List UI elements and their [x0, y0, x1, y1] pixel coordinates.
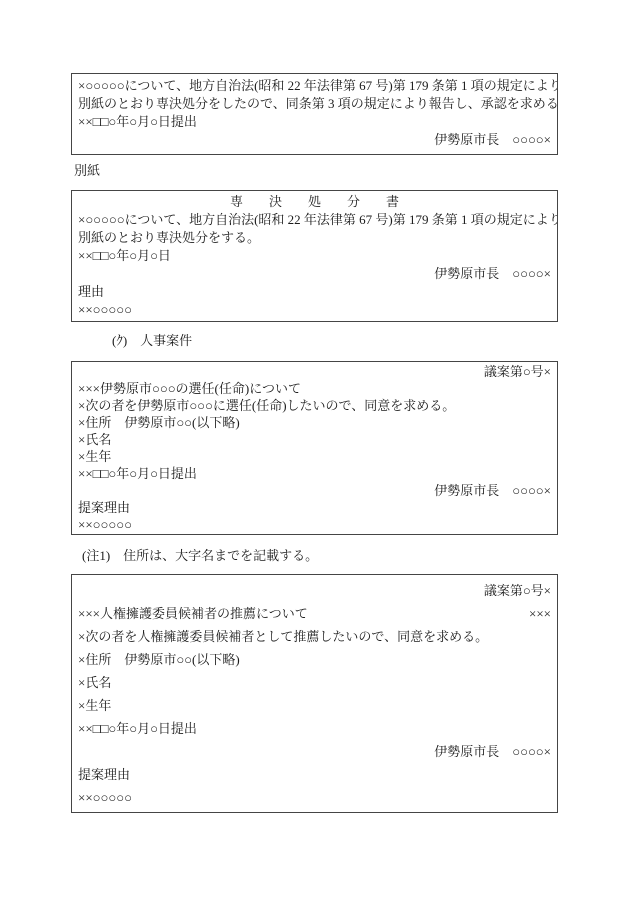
jinken-birth-year: ×生年	[78, 694, 551, 717]
document-page: ×○○○○○について、地方自治法(昭和 22 年法律第 67 号)第 179 条…	[0, 0, 630, 903]
report-mayor-signature: 伊勢原市長 ○○○○×	[78, 131, 551, 149]
personnel-birth-year: ×生年	[78, 448, 551, 465]
senketsu-reason-label: 理由	[78, 283, 551, 301]
personnel-address: ×住所 伊勢原市○○(以下略)	[78, 414, 551, 431]
personnel-name: ×氏名	[78, 431, 551, 448]
report-body-line-2: 別紙のとおり専決処分をしたので、同条第 3 項の規定により報告し、承認を求める。	[78, 95, 551, 113]
jinken-mayor-signature: 伊勢原市長 ○○○○×	[78, 740, 551, 763]
jinken-bill-box: 議案第○号× ×××人権擁護委員候補者の推薦について ××× ×次の者を人権擁護…	[71, 574, 558, 813]
personnel-reason-value: ××○○○○○	[78, 516, 551, 533]
senketsu-date: ××□□○年○月○日	[78, 247, 551, 265]
jinken-doc-number: 議案第○号×	[78, 579, 551, 602]
personnel-doc-number: 議案第○号×	[78, 363, 551, 380]
attachment-label: 別紙	[74, 162, 100, 180]
personnel-reason-label: 提案理由	[78, 499, 551, 516]
personnel-mayor-signature: 伊勢原市長 ○○○○×	[78, 482, 551, 499]
senketsu-box: 専 決 処 分 書 ×○○○○○について、地方自治法(昭和 22 年法律第 67…	[71, 190, 558, 322]
report-box: ×○○○○○について、地方自治法(昭和 22 年法律第 67 号)第 179 条…	[71, 73, 558, 155]
senketsu-body-line-2: 別紙のとおり専決処分をする。	[78, 229, 551, 247]
jinken-reason-label: 提案理由	[78, 763, 551, 786]
report-body-line-1: ×○○○○○について、地方自治法(昭和 22 年法律第 67 号)第 179 条…	[78, 77, 551, 95]
senketsu-title: 専 決 処 分 書	[78, 193, 551, 211]
jinken-title: ×××人権擁護委員候補者の推薦について	[78, 602, 308, 625]
personnel-title: ×××伊勢原市○○○の選任(任命)について	[78, 380, 551, 397]
personnel-bill-box: 議案第○号× ×××伊勢原市○○○の選任(任命)について ×次の者を伊勢原市○○…	[71, 361, 558, 535]
note-address-rule: (注1) 住所は、大字名までを記載する。	[82, 547, 318, 565]
jinken-reason-value: ××○○○○○	[78, 786, 551, 809]
jinken-name: ×氏名	[78, 671, 551, 694]
jinken-body: ×次の者を人権擁護委員候補者として推薦したいので、同意を求める。	[78, 625, 551, 648]
section-heading-personnel: (ｸ) 人事案件	[112, 332, 192, 350]
report-submission-date: ××□□○年○月○日提出	[78, 113, 551, 131]
jinken-title-row: ×××人権擁護委員候補者の推薦について ×××	[78, 602, 551, 625]
personnel-submission-date: ××□□○年○月○日提出	[78, 465, 551, 482]
senketsu-body-line-1: ×○○○○○について、地方自治法(昭和 22 年法律第 67 号)第 179 条…	[78, 211, 551, 229]
jinken-submission-date: ××□□○年○月○日提出	[78, 717, 551, 740]
senketsu-mayor-signature: 伊勢原市長 ○○○○×	[78, 265, 551, 283]
jinken-address: ×住所 伊勢原市○○(以下略)	[78, 648, 551, 671]
jinken-title-right-mark: ×××	[529, 602, 551, 625]
senketsu-reason-value: ××○○○○○	[78, 301, 551, 319]
personnel-body: ×次の者を伊勢原市○○○に選任(任命)したいので、同意を求める。	[78, 397, 551, 414]
